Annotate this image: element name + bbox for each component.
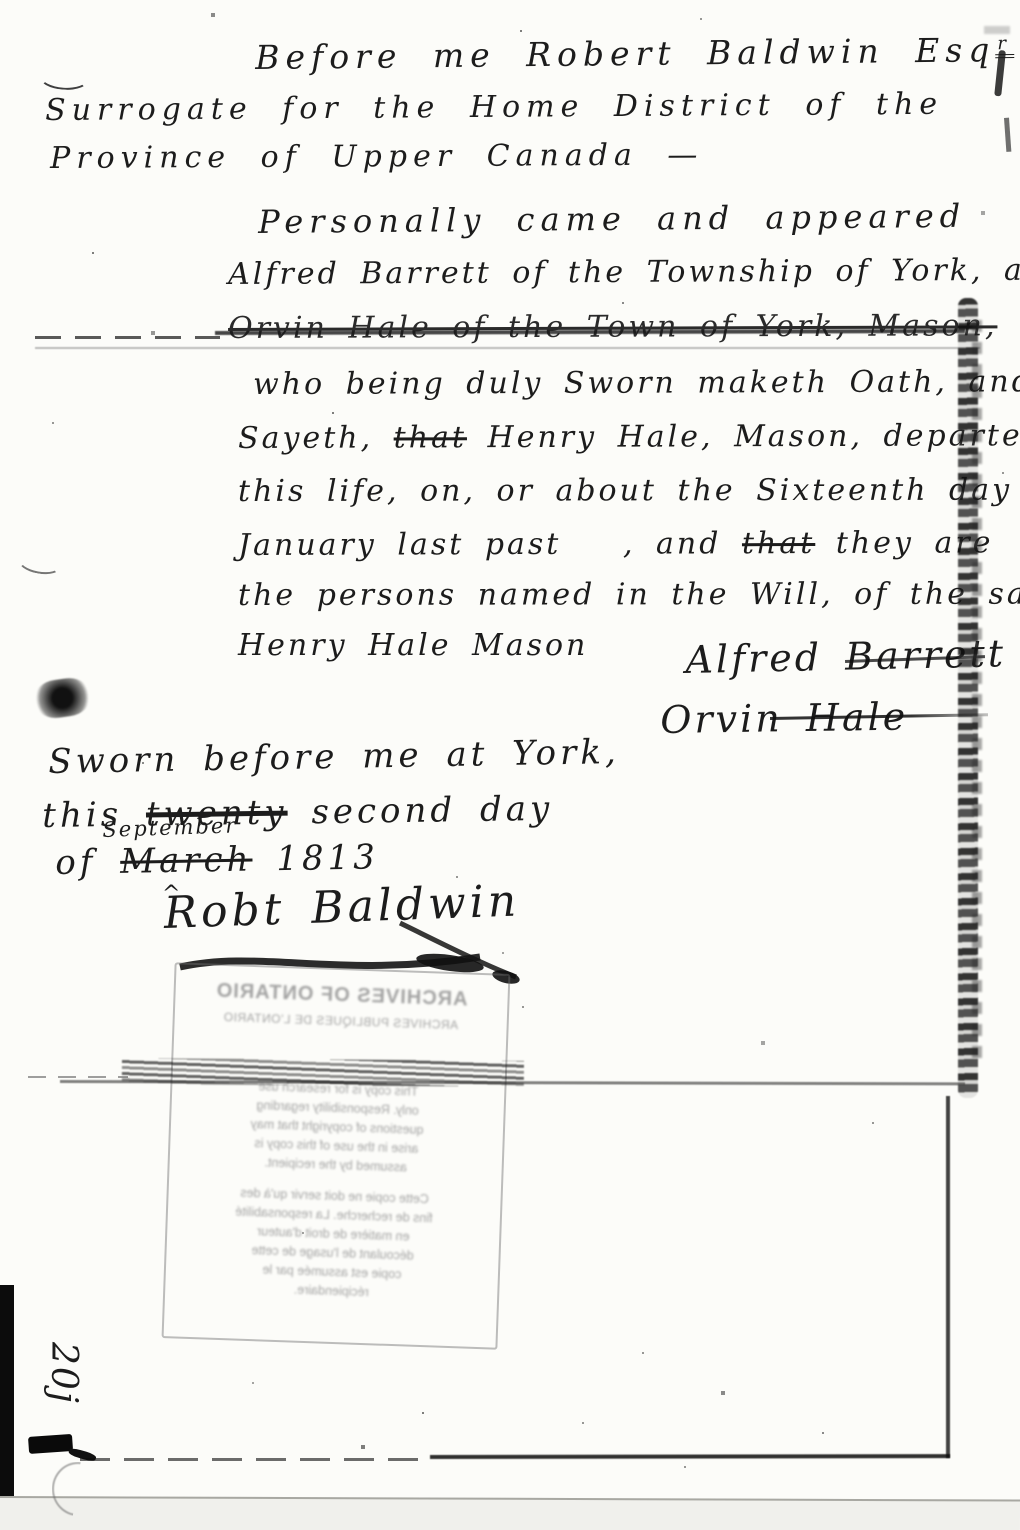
jurat-line-month-year: of March 1813 bbox=[55, 837, 379, 883]
edge-mark-top-right bbox=[1004, 118, 1011, 152]
jurat-insert-september: September bbox=[102, 813, 238, 842]
opening-text: Before me Robert Baldwin Esq bbox=[255, 30, 996, 77]
january-struck-word: that bbox=[742, 526, 815, 561]
doc-line-personally: Personally came and appeared bbox=[258, 197, 966, 241]
hole-punch-mark bbox=[16, 548, 63, 577]
doc-line-this-life: this life, on, or about the Sixteenth da… bbox=[238, 473, 1020, 509]
scan-bottom-edge bbox=[0, 1496, 1020, 1530]
january-pre: January last past , and bbox=[238, 526, 742, 563]
scan-noise-speckles bbox=[0, 0, 2, 2]
doc-line-alfred-barrett: Alfred Barrett of the Township of York, … bbox=[228, 253, 1020, 292]
torn-right-edge-shadow bbox=[972, 320, 982, 1060]
doc-line-duly-sworn: who being duly Sworn maketh Oath, and bbox=[253, 364, 1020, 402]
sayeth-pre: Sayeth, bbox=[238, 420, 394, 456]
doc-line-henry-hale-mason: Henry Hale Mason bbox=[238, 628, 588, 663]
scanned-document-page: Before me Robert Baldwin Esqr Surrogate … bbox=[0, 0, 1020, 1530]
doc-line-province: Province of Upper Canada — bbox=[50, 138, 703, 176]
doc-line-january: January last past , and that they are bbox=[238, 525, 993, 563]
jurat-year: 1813 bbox=[252, 837, 379, 879]
doc-line-surrogate: Surrogate for the Home District of the bbox=[45, 87, 943, 128]
fold-line-right-lower bbox=[946, 1096, 950, 1458]
margin-ink-smudge bbox=[33, 675, 92, 720]
fold-line-bottom-solid bbox=[430, 1454, 950, 1459]
sayeth-struck-word: that bbox=[394, 420, 467, 455]
jurat-month-pre: of bbox=[55, 842, 121, 883]
doc-line-opening: Before me Robert Baldwin Esqr bbox=[255, 30, 1014, 77]
stamp-title-en: ARCHIVES OF ONTARIO bbox=[175, 978, 508, 1013]
fold-line-bottom-dashed bbox=[80, 1458, 430, 1461]
crease-line-middle-left bbox=[28, 1076, 128, 1078]
doc-line-sayeth: Sayeth, that Henry Hale, Mason, departed bbox=[238, 418, 1020, 456]
doc-line-orvin-hale-struck: Orvin Hale of the Town of York, Mason, bbox=[228, 308, 998, 346]
hole-punch-mark bbox=[38, 64, 90, 91]
ink-blob-bottom-left bbox=[28, 1434, 73, 1454]
fold-seam-upper bbox=[35, 347, 980, 349]
archives-stamp-content: ARCHIVES OF ONTARIO ARCHIVES PUBLIQUES D… bbox=[163, 978, 508, 1361]
strike-line-dashed-left bbox=[35, 336, 220, 339]
archives-stamp-mirrored: ARCHIVES OF ONTARIO ARCHIVES PUBLIQUES D… bbox=[162, 962, 511, 1349]
page-code-rotated: 20j bbox=[43, 1342, 84, 1405]
sayeth-post: Henry Hale, Mason, departed bbox=[467, 418, 1020, 455]
jurat-day-post: second day bbox=[287, 789, 553, 833]
stamp-title-fr: ARCHIVES PUBLIQUES DE L'ONTARIO bbox=[175, 1008, 507, 1034]
doc-line-persons-named: the persons named in the Will, of the sa… bbox=[238, 577, 1020, 613]
edge-smudge-top-right bbox=[984, 26, 1010, 34]
scan-edge-strip bbox=[0, 1285, 14, 1530]
jurat-line-sworn: Sworn before me at York, bbox=[48, 732, 620, 782]
jurat-march-struck: March bbox=[120, 840, 253, 882]
